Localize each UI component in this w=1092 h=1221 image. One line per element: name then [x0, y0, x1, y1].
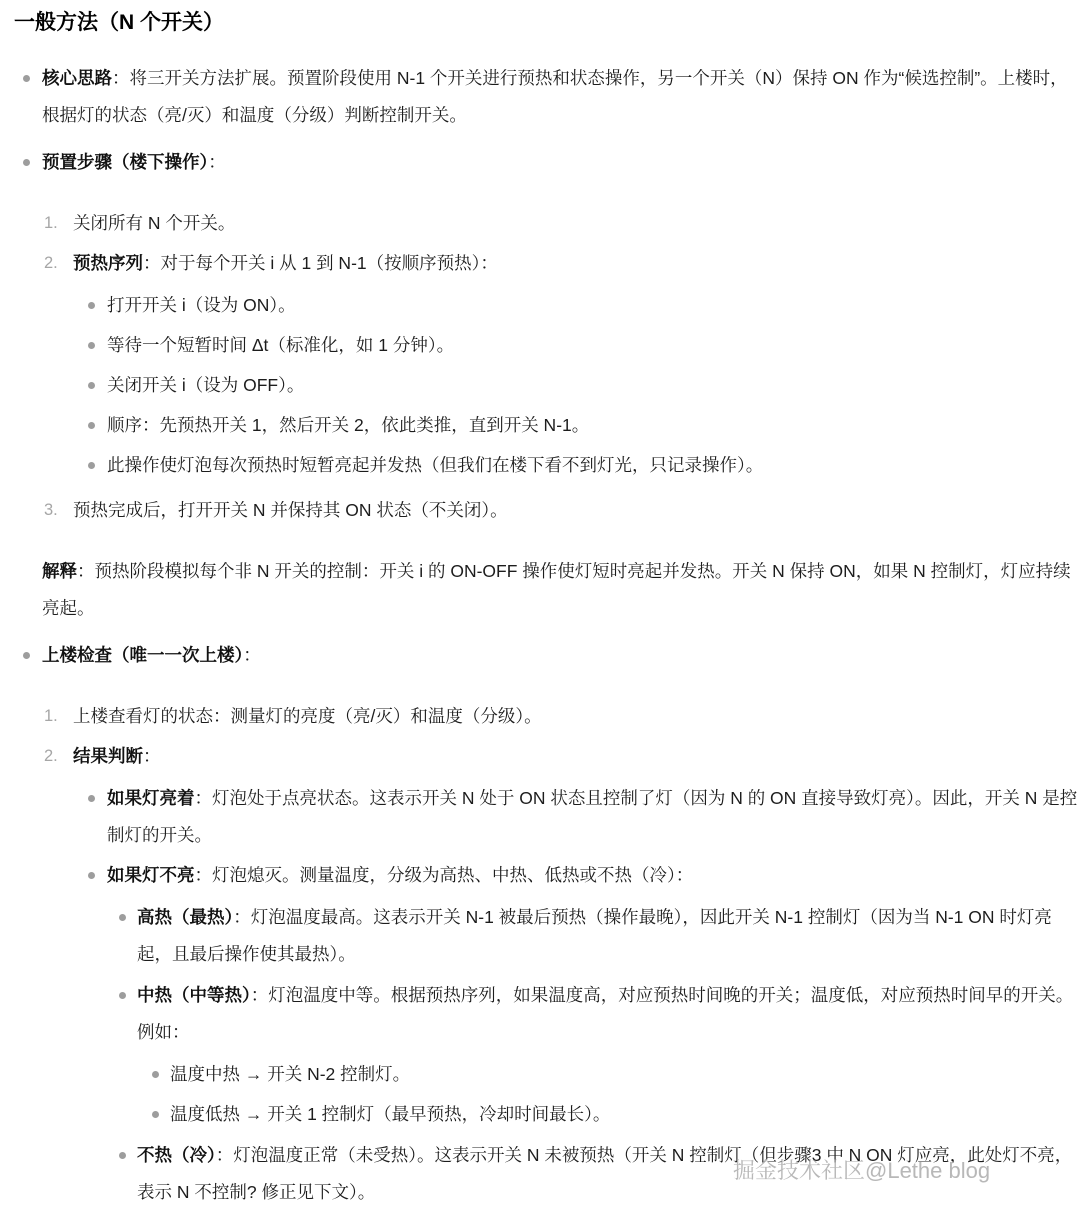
bullet-icon [88, 872, 95, 879]
item-text: ：预热阶段模拟每个非 N 开关的控制：开关 i 的 ON-OFF 操作使灯短时亮… [42, 561, 1071, 618]
list-item-step-1: 1. 关闭所有 N 个开关。 [42, 205, 1082, 242]
item-label: 核心思路 [42, 68, 112, 88]
item-label: 中热（中等热） [137, 985, 251, 1005]
item-label: 上楼检查（唯一一次上楼） [42, 645, 243, 665]
number-marker: 1. [44, 205, 58, 242]
medium-example-list: 温度中热 → 开关 N-2 控制灯。 温度低热 → 开关 1 控制灯（最早预热，… [137, 1056, 1082, 1133]
bullet-icon [88, 382, 95, 389]
list-item-preset-steps: 预置步骤（楼下操作）： 1. 关闭所有 N 个开关。 2. 预热序列：对于每个开… [14, 144, 1082, 627]
bullet-icon [88, 795, 95, 802]
item-text: ： [143, 746, 161, 766]
list-item: 顺序：先预热开关 1，然后开关 2，依此类推，直到开关 N-1。 [73, 407, 1082, 444]
number-marker: 2. [44, 245, 58, 282]
item-text: 此操作使灯泡每次预热时短暂亮起并发热（但我们在楼下看不到灯光，只记录操作）。 [107, 455, 763, 475]
list-item-step-3: 3. 预热完成后，打开开关 N 并保持其 ON 状态（不关闭）。 [42, 492, 1082, 529]
item-text: ：将三开关方法扩展。预置阶段使用 N-1 个开关进行预热和状态操作，另一个开关（… [42, 68, 1068, 125]
list-item-hot: 高热（最热）：灯泡温度最高。这表示开关 N-1 被最后预热（操作最晚），因此开关… [107, 899, 1082, 973]
item-text: 温度低热 → 开关 1 控制灯（最早预热，冷却时间最长）。 [170, 1104, 610, 1124]
page-title: 一般方法（N 个开关） [14, 8, 1082, 38]
bullet-icon [88, 422, 95, 429]
item-text: ：灯泡温度中等。根据预热序列，如果温度高，对应预热时间晚的开关；温度低，对应预热… [137, 985, 1073, 1042]
bullet-icon [152, 1071, 159, 1078]
list-item-check-1: 1. 上楼查看灯的状态：测量灯的亮度（亮/灭）和温度（分级）。 [42, 698, 1082, 735]
item-label: 不热（冷） [137, 1145, 216, 1165]
judgment-list: 如果灯亮着：灯泡处于点亮状态。这表示开关 N 处于 ON 状态且控制了灯（因为 … [73, 780, 1082, 1211]
bullet-icon [23, 159, 30, 166]
item-text: 等待一个短暂时间 Δt（标准化，如 1 分钟）。 [107, 335, 454, 355]
item-label: 如果灯亮着 [107, 788, 195, 808]
number-marker: 2. [44, 738, 58, 775]
item-text: 打开开关 i（设为 ON）。 [107, 295, 296, 315]
list-item-step-2: 2. 预热序列：对于每个开关 i 从 1 到 N-1（按顺序预热）： 打开开关 … [42, 245, 1082, 484]
item-text: 上楼查看灯的状态：测量灯的亮度（亮/灭）和温度（分级）。 [73, 706, 542, 726]
bullet-icon [119, 992, 126, 999]
explanation-paragraph: 解释：预热阶段模拟每个非 N 开关的控制：开关 i 的 ON-OFF 操作使灯短… [42, 553, 1082, 627]
item-text: 预热完成后，打开开关 N 并保持其 ON 状态（不关闭）。 [73, 500, 508, 520]
bullet-icon [88, 302, 95, 309]
bullet-icon [119, 1152, 126, 1159]
item-label: 结果判断 [73, 746, 143, 766]
list-item: 打开开关 i（设为 ON）。 [73, 287, 1082, 324]
list-item-light-on: 如果灯亮着：灯泡处于点亮状态。这表示开关 N 处于 ON 状态且控制了灯（因为 … [73, 780, 1082, 854]
item-text: ： [243, 645, 261, 665]
item-text: ：灯泡温度最高。这表示开关 N-1 被最后预热（操作最晚），因此开关 N-1 控… [137, 907, 1052, 964]
item-label: 高热（最热） [137, 907, 233, 927]
list-item: 温度中热 → 开关 N-2 控制灯。 [137, 1056, 1082, 1093]
list-item: 等待一个短暂时间 Δt（标准化，如 1 分钟）。 [73, 327, 1082, 364]
bullet-icon [119, 914, 126, 921]
bullet-icon [88, 462, 95, 469]
item-text: 关闭开关 i（设为 OFF）。 [107, 375, 304, 395]
item-text: 顺序：先预热开关 1，然后开关 2，依此类推，直到开关 N-1。 [107, 415, 589, 435]
item-label: 预置步骤（楼下操作） [42, 152, 208, 172]
list-item-medium: 中热（中等热）：灯泡温度中等。根据预热序列，如果温度高，对应预热时间晚的开关；温… [107, 977, 1082, 1133]
list-item: 此操作使灯泡每次预热时短暂亮起并发热（但我们在楼下看不到灯光，只记录操作）。 [73, 447, 1082, 484]
item-label: 预热序列 [73, 253, 143, 273]
preset-ordered-list: 1. 关闭所有 N 个开关。 2. 预热序列：对于每个开关 i 从 1 到 N-… [42, 205, 1082, 529]
list-item-check-2: 2. 结果判断： 如果灯亮着：灯泡处于点亮状态。这表示开关 N 处于 ON 状态… [42, 738, 1082, 1211]
number-marker: 1. [44, 698, 58, 735]
list-item-upstairs-check: 上楼检查（唯一一次上楼）： 1. 上楼查看灯的状态：测量灯的亮度（亮/灭）和温度… [14, 637, 1082, 1211]
item-text: ： [208, 152, 226, 172]
list-item: 温度低热 → 开关 1 控制灯（最早预热，冷却时间最长）。 [137, 1096, 1082, 1133]
preheat-actions-list: 打开开关 i（设为 ON）。 等待一个短暂时间 Δt（标准化，如 1 分钟）。 … [73, 287, 1082, 484]
number-marker: 3. [44, 492, 58, 529]
bullet-icon [88, 342, 95, 349]
bullet-icon [152, 1111, 159, 1118]
bullet-icon [23, 75, 30, 82]
item-label: 如果灯不亮 [107, 865, 195, 885]
watermark: 掘金技术社区@Lethe blog [733, 1156, 990, 1186]
list-item: 关闭开关 i（设为 OFF）。 [73, 367, 1082, 404]
bullet-icon [23, 652, 30, 659]
item-text: ：灯泡熄灭。测量温度，分级为高热、中热、低热或不热（冷）： [195, 865, 694, 885]
article-body: 一般方法（N 个开关） 核心思路：将三开关方法扩展。预置阶段使用 N-1 个开关… [0, 0, 1092, 1211]
top-level-list: 核心思路：将三开关方法扩展。预置阶段使用 N-1 个开关进行预热和状态操作，另一… [14, 60, 1082, 1211]
check-ordered-list: 1. 上楼查看灯的状态：测量灯的亮度（亮/灭）和温度（分级）。 2. 结果判断：… [42, 698, 1082, 1211]
item-text: 关闭所有 N 个开关。 [73, 213, 235, 233]
item-label: 解释 [42, 561, 77, 581]
list-item-core-idea: 核心思路：将三开关方法扩展。预置阶段使用 N-1 个开关进行预热和状态操作，另一… [14, 60, 1082, 134]
item-text: 温度中热 → 开关 N-2 控制灯。 [170, 1064, 410, 1084]
item-text: ：灯泡处于点亮状态。这表示开关 N 处于 ON 状态且控制了灯（因为 N 的 O… [107, 788, 1077, 845]
item-text: ：对于每个开关 i 从 1 到 N-1（按顺序预热）： [143, 253, 498, 273]
